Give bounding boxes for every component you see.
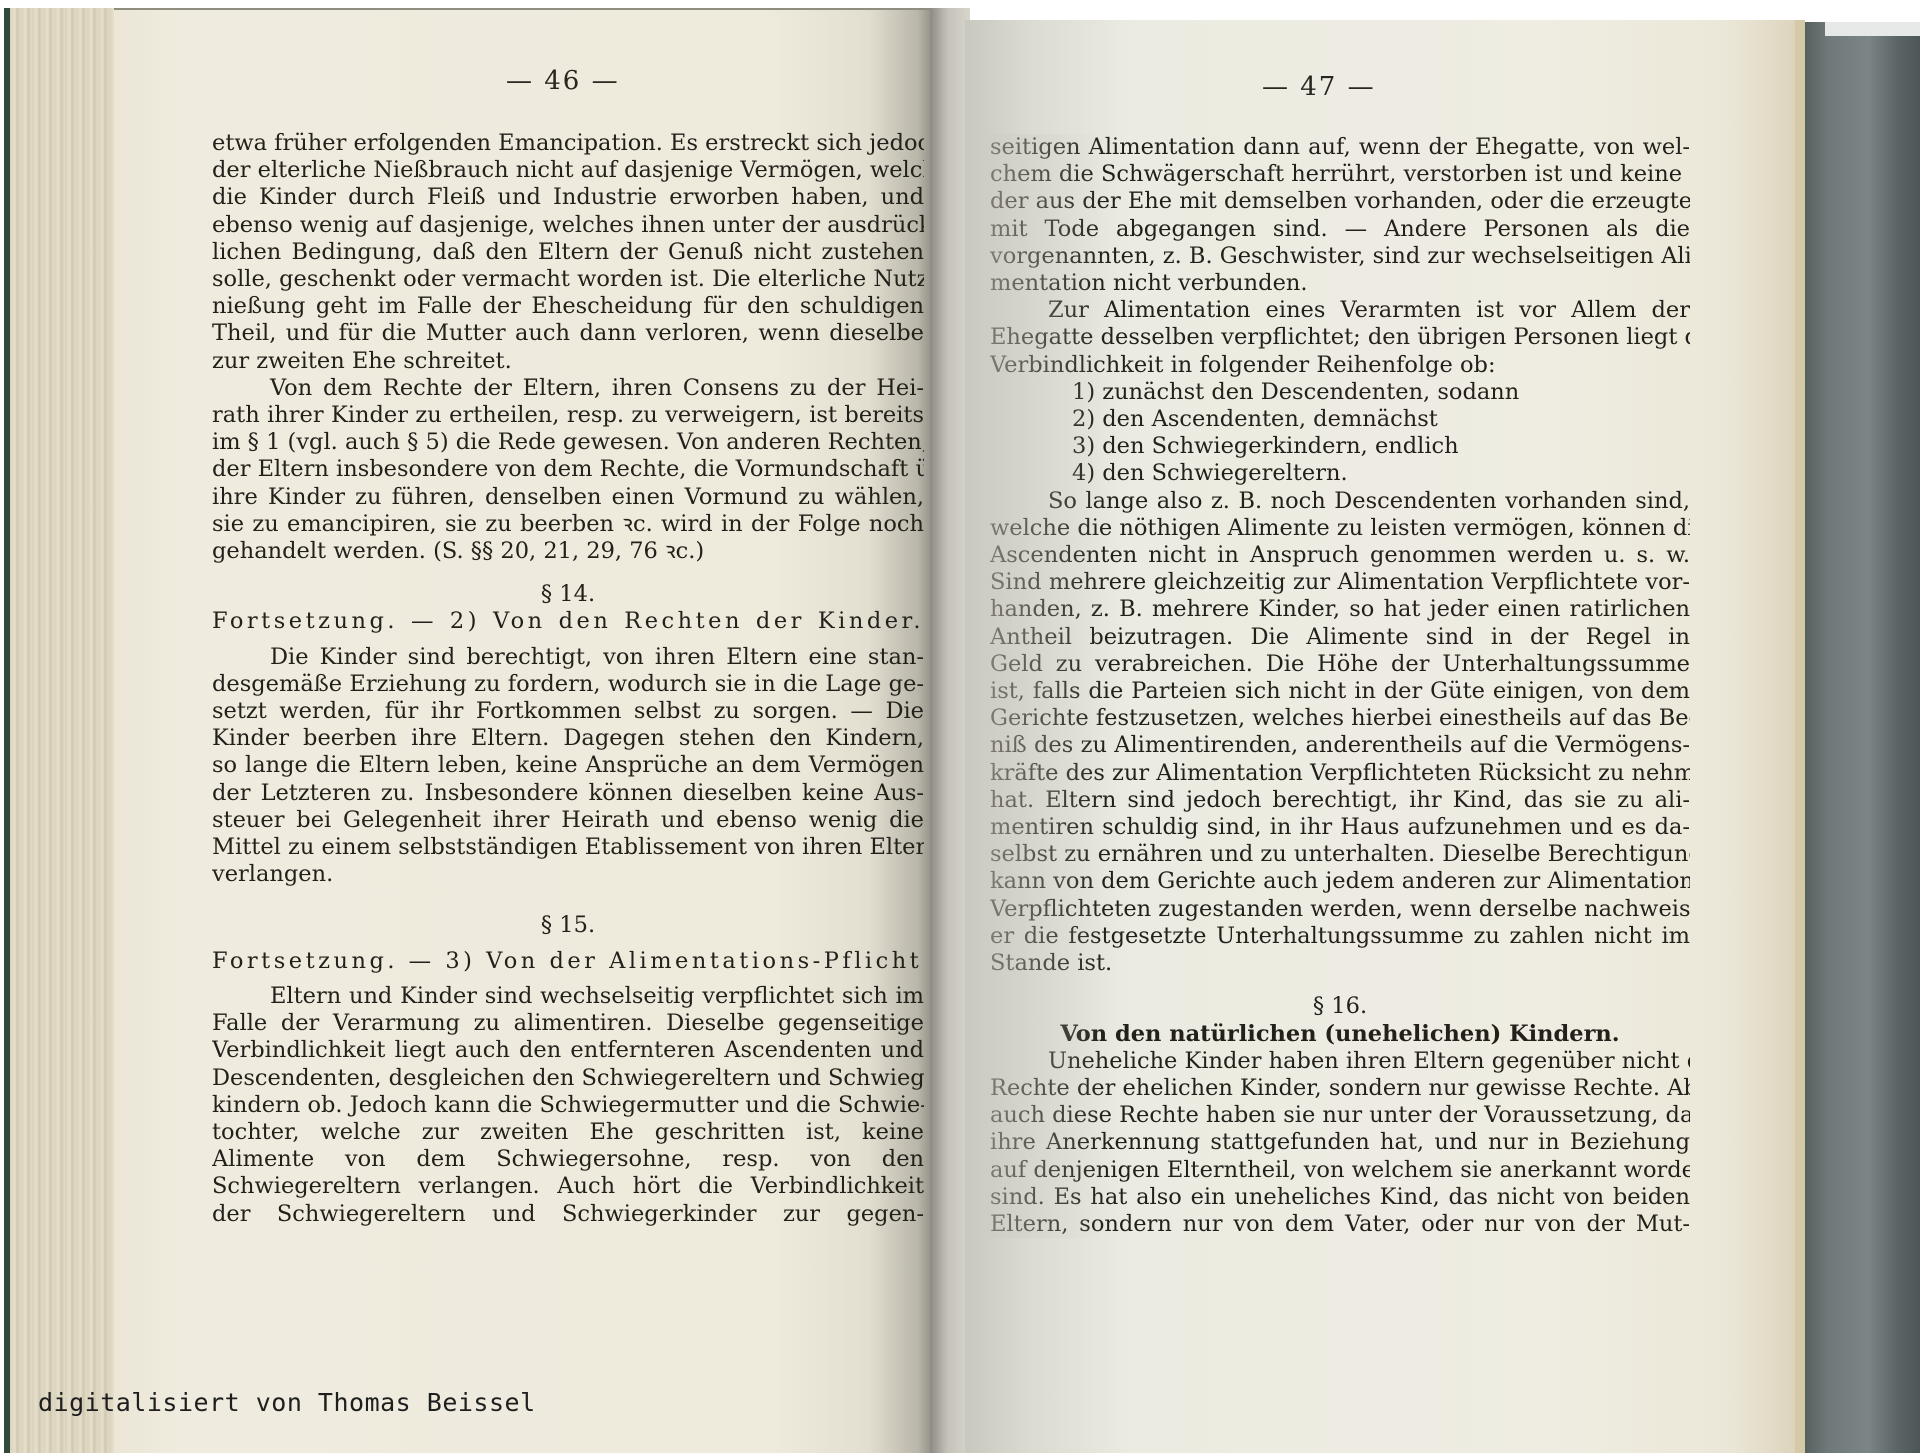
text-line: lichen Bedingung, daß den Eltern der Gen…: [212, 239, 924, 266]
text-line: der elterliche Nießbrauch nicht auf dasj…: [212, 157, 924, 184]
text-line: Eltern, sondern nur von dem Vater, oder …: [990, 1211, 1690, 1238]
text-line: Sind mehrere gleichzeitig zur Alimentati…: [990, 569, 1690, 596]
section-14-heading: Fortsetzung. — 2) Von den Rechten der Ki…: [212, 608, 924, 635]
text-line: Verbindlichkeit liegt auch den entfernte…: [212, 1037, 924, 1064]
text-line: so lange die Eltern leben, keine Ansprüc…: [212, 752, 924, 779]
text-line: mit Tode abgegangen sind. — Andere Perso…: [990, 216, 1690, 243]
section-14-body: Die Kinder sind berechtigt, von ihren El…: [212, 644, 924, 889]
text-line: Ehegatte desselben verpflichtet; den übr…: [990, 324, 1690, 351]
text-line: Alimente von dem Schwiegersohne, resp. v…: [212, 1146, 924, 1173]
text-line: der Eltern insbesondere von dem Rechte, …: [212, 456, 924, 483]
text-line: desgemäße Erziehung zu fordern, wodurch …: [212, 671, 924, 698]
section-16-heading: Von den natürlichen (unehelichen) Kinder…: [990, 1021, 1690, 1048]
text-line: sie zu emancipiren, sie zu beerben ꝛc. w…: [212, 511, 924, 538]
text-line: gehandelt werden. (S. §§ 20, 21, 29, 76 …: [212, 538, 924, 565]
text-line: mentation nicht verbunden.: [990, 270, 1690, 297]
text-line: der aus der Ehe mit demselben vorhanden,…: [990, 188, 1690, 215]
page-number-right: — 47 —: [1262, 72, 1376, 102]
section-16-body: Uneheliche Kinder haben ihren Eltern geg…: [990, 1048, 1690, 1238]
text-line: mentiren schuldig sind, in ihr Haus aufz…: [990, 814, 1690, 841]
text-line: Die Kinder sind berechtigt, von ihren El…: [212, 644, 924, 671]
text-line: kann von dem Gerichte auch jedem anderen…: [990, 868, 1690, 895]
page-number-left: — 46 —: [506, 66, 620, 96]
text-line: ihre Kinder zu führen, denselben einen V…: [212, 484, 924, 511]
text-line: nießung geht im Falle der Ehescheidung f…: [212, 293, 924, 320]
text-line: Eltern und Kinder sind wechselseitig ver…: [212, 983, 924, 1010]
text-line: chem die Schwägerschaft herrührt, versto…: [990, 161, 1690, 188]
text-line: Theil, und für die Mutter auch dann verl…: [212, 320, 924, 347]
section-15-number: § 15.: [212, 912, 924, 939]
text-line: Kinder beerben ihre Eltern. Dagegen steh…: [212, 725, 924, 752]
text-line: Descendenten, desgleichen den Schwiegere…: [212, 1065, 924, 1092]
section-15-heading: Fortsetzung. — 3) Von der Alimentations-…: [212, 948, 924, 975]
text-line: Zur Alimentation eines Verarmten ist vor…: [990, 297, 1690, 324]
text-line: Geld zu verabreichen. Die Höhe der Unter…: [990, 651, 1690, 678]
right-paragraphs: seitigen Alimentation dann auf, wenn der…: [990, 134, 1690, 977]
digitization-watermark: digitalisiert von Thomas Beissel: [38, 1388, 536, 1417]
text-line: Ascendenten nicht in Anspruch genommen w…: [990, 542, 1690, 569]
text-line: kräfte des zur Alimentation Verpflichtet…: [990, 760, 1690, 787]
left-page-text: etwa früher erfolgenden Emancipation. Es…: [212, 130, 924, 1228]
text-line: er die festgesetzte Unterhaltungssumme z…: [990, 923, 1690, 950]
book-cover-right: [1805, 22, 1920, 1453]
text-line: tochter, welche zur zweiten Ehe geschrit…: [212, 1119, 924, 1146]
text-line: Verbindlichkeit in folgender Reihenfolge…: [990, 352, 1690, 379]
text-line: selbst zu ernähren und zu unterhalten. D…: [990, 841, 1690, 868]
text-line: Uneheliche Kinder haben ihren Eltern geg…: [990, 1048, 1690, 1075]
right-page-text: seitigen Alimentation dann auf, wenn der…: [990, 134, 1690, 1238]
left-page-edges: [4, 8, 120, 1453]
text-line: Mittel zu einem selbstständigen Etabliss…: [212, 834, 924, 861]
left-paragraphs: etwa früher erfolgenden Emancipation. Es…: [212, 130, 924, 565]
text-line: Falle der Verarmung zu alimentiren. Dies…: [212, 1010, 924, 1037]
text-line: solle, geschenkt oder vermacht worden is…: [212, 266, 924, 293]
text-line: 4) den Schwiegereltern.: [990, 460, 1690, 487]
book-scan: — 46 — — 47 — etwa früher erfolgenden Em…: [0, 0, 1920, 1453]
text-line: Verpflichteten zugestanden werden, wenn …: [990, 896, 1690, 923]
text-line: die Kinder durch Fleiß und Industrie erw…: [212, 184, 924, 211]
text-line: niß des zu Alimentirenden, anderentheils…: [990, 732, 1690, 759]
text-line: etwa früher erfolgenden Emancipation. Es…: [212, 130, 924, 157]
text-line: im § 1 (vgl. auch § 5) die Rede gewesen.…: [212, 429, 924, 456]
text-line: ist, falls die Parteien sich nicht in de…: [990, 678, 1690, 705]
text-line: 2) den Ascendenten, demnächst: [990, 406, 1690, 433]
text-line: seitigen Alimentation dann auf, wenn der…: [990, 134, 1690, 161]
text-line: Von dem Rechte der Eltern, ihren Consens…: [212, 375, 924, 402]
text-line: der Schwiegereltern und Schwiegerkinder …: [212, 1201, 924, 1228]
section-14-number: § 14.: [212, 581, 924, 608]
text-line: Rechte der ehelichen Kinder, sondern nur…: [990, 1075, 1690, 1102]
section-16-number: § 16.: [990, 993, 1690, 1020]
background-gap: [1825, 22, 1920, 36]
text-line: hat. Eltern sind jedoch berechtigt, ihr …: [990, 787, 1690, 814]
text-line: setzt werden, für ihr Fortkommen selbst …: [212, 698, 924, 725]
text-line: zur zweiten Ehe schreitet.: [212, 348, 924, 375]
text-line: vorgenannten, z. B. Geschwister, sind zu…: [990, 243, 1690, 270]
text-line: der Letzteren zu. Insbesondere können di…: [212, 780, 924, 807]
text-line: kindern ob. Jedoch kann die Schwiegermut…: [212, 1092, 924, 1119]
right-page-edges: [1795, 20, 1805, 1453]
text-line: ebenso wenig auf dasjenige, welches ihne…: [212, 212, 924, 239]
text-line: ihre Anerkennung stattgefunden hat, und …: [990, 1129, 1690, 1156]
text-line: Schwiegereltern verlangen. Auch hört die…: [212, 1173, 924, 1200]
text-line: auch diese Rechte haben sie nur unter de…: [990, 1102, 1690, 1129]
section-15-body: Eltern und Kinder sind wechselseitig ver…: [212, 983, 924, 1228]
text-line: verlangen.: [212, 861, 924, 888]
text-line: rath ihrer Kinder zu ertheilen, resp. zu…: [212, 402, 924, 429]
text-line: steuer bei Gelegenheit ihrer Heirath und…: [212, 807, 924, 834]
text-line: auf denjenigen Elterntheil, von welchem …: [990, 1157, 1690, 1184]
text-line: Antheil beizutragen. Die Alimente sind i…: [990, 624, 1690, 651]
text-line: So lange also z. B. noch Descendenten vo…: [990, 488, 1690, 515]
text-line: handen, z. B. mehrere Kinder, so hat jed…: [990, 596, 1690, 623]
text-line: sind. Es hat also ein uneheliches Kind, …: [990, 1184, 1690, 1211]
text-line: Gerichte festzusetzen, welches hierbei e…: [990, 705, 1690, 732]
text-line: 3) den Schwiegerkindern, endlich: [990, 433, 1690, 460]
text-line: Stande ist.: [990, 950, 1690, 977]
book-gutter: [930, 8, 970, 1453]
text-line: welche die nöthigen Alimente zu leisten …: [990, 515, 1690, 542]
text-line: 1) zunächst den Descendenten, sodann: [990, 379, 1690, 406]
